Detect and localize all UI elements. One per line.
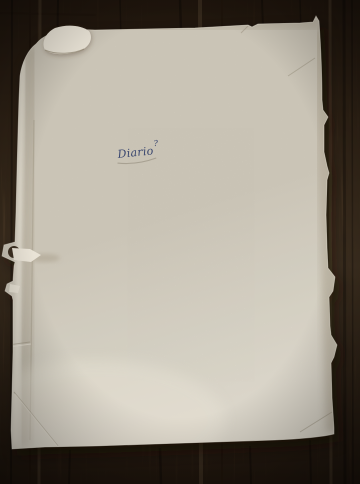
photo-of-paper-folder-on-table: Diario ? <box>0 0 360 484</box>
photo-vignette <box>0 0 360 484</box>
scene-svg: Diario ? <box>0 0 360 484</box>
